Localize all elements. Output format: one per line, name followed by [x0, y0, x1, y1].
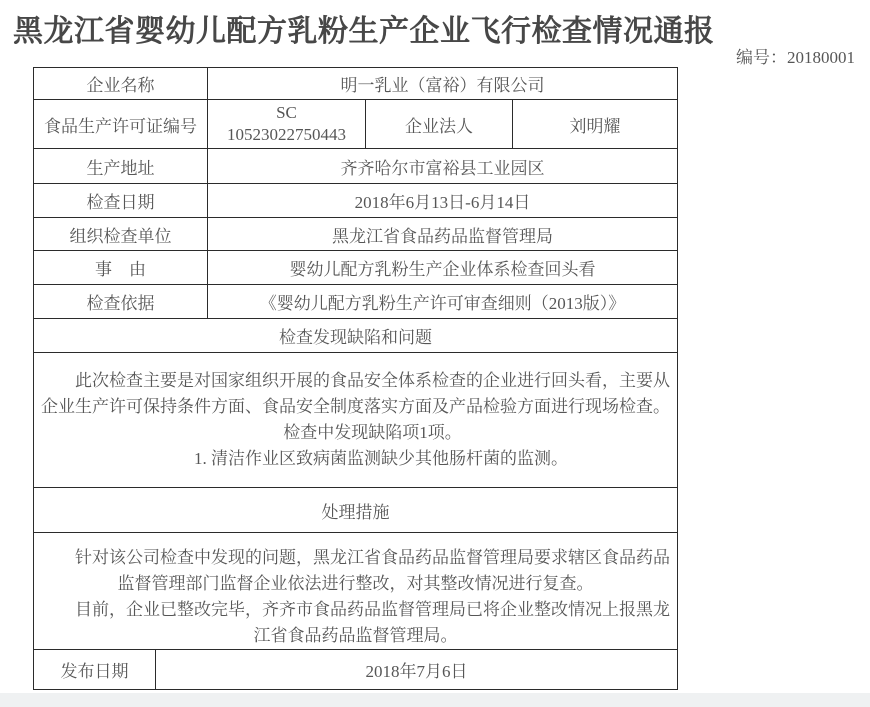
defects-paragraph-1: 此次检查主要是对国家组织开展的食品安全体系检查的企业进行回头看，主要从企业生产许… — [34, 368, 677, 420]
row-legal-person-value: 刘明耀 — [513, 100, 678, 149]
row-company: 企业名称 明一乳业（富裕）有限公司 — [34, 68, 678, 100]
row-measures-header: 处理措施 — [34, 488, 678, 533]
row-address-label: 生产地址 — [34, 149, 208, 184]
row-publish-date-label: 发布日期 — [34, 650, 156, 690]
row-basis-value: 《婴幼儿配方乳粉生产许可审查细则（2013版）》 — [208, 285, 678, 319]
row-basis-label: 检查依据 — [34, 285, 208, 319]
measures-section-body: 针对该公司检查中发现的问题，黑龙江省食品药品监督管理局要求辖区食品药品监督管理部… — [34, 533, 678, 650]
doc-number: 编号：20180001 — [736, 43, 855, 68]
row-legal-person-label: 企业法人 — [366, 100, 513, 149]
row-reason-value: 婴幼儿配方乳粉生产企业体系检查回头看 — [208, 251, 678, 285]
page-title: 黑龙江省婴幼儿配方乳粉生产企业飞行检查情况通报 — [13, 6, 715, 50]
row-inspection-date: 检查日期 2018年6月13日-6月14日 — [34, 184, 678, 218]
row-address: 生产地址 齐齐哈尔市富裕县工业园区 — [34, 149, 678, 184]
inspection-notice-table: 企业名称 明一乳业（富裕）有限公司 食品生产许可证编号 SC 105230227… — [33, 67, 678, 690]
row-measures-body: 针对该公司检查中发现的问题，黑龙江省食品药品监督管理局要求辖区食品药品监督管理部… — [34, 533, 678, 650]
defects-section-body: 此次检查主要是对国家组织开展的食品安全体系检查的企业进行回头看，主要从企业生产许… — [34, 353, 678, 488]
row-address-value: 齐齐哈尔市富裕县工业园区 — [208, 149, 678, 184]
defects-item-1: 1. 清洁作业区致病菌监测缺少其他肠杆菌的监测。 — [34, 446, 677, 472]
license-code-line2: 10523022750443 — [208, 124, 365, 146]
row-organizer-label: 组织检查单位 — [34, 218, 208, 251]
row-defects-header: 检查发现缺陷和问题 — [34, 319, 678, 353]
row-basis: 检查依据 《婴幼儿配方乳粉生产许可审查细则（2013版）》 — [34, 285, 678, 319]
page-bottom-strip — [0, 693, 870, 707]
row-inspection-date-label: 检查日期 — [34, 184, 208, 218]
row-company-label: 企业名称 — [34, 68, 208, 100]
defects-paragraph-2: 检查中发现缺陷项1项。 — [34, 420, 677, 446]
license-code-line1: SC — [208, 102, 365, 124]
row-organizer: 组织检查单位 黑龙江省食品药品监督管理局 — [34, 218, 678, 251]
row-organizer-value: 黑龙江省食品药品监督管理局 — [208, 218, 678, 251]
doc-number-value: 20180001 — [787, 48, 855, 67]
row-company-value: 明一乳业（富裕）有限公司 — [208, 68, 678, 100]
measures-paragraph-1: 针对该公司检查中发现的问题，黑龙江省食品药品监督管理局要求辖区食品药品监督管理部… — [34, 545, 677, 597]
row-inspection-date-value: 2018年6月13日-6月14日 — [208, 184, 678, 218]
defects-section-header: 检查发现缺陷和问题 — [34, 319, 678, 353]
row-reason-label: 事 由 — [34, 251, 208, 285]
measures-paragraph-2: 目前，企业已整改完毕，齐齐市食品药品监督管理局已将企业整改情况上报黑龙江省食品药… — [34, 597, 677, 649]
row-publish-date-value: 2018年7月6日 — [156, 650, 678, 690]
row-license-code: SC 10523022750443 — [208, 100, 366, 149]
doc-number-label: 编号： — [736, 48, 787, 67]
measures-section-header: 处理措施 — [34, 488, 678, 533]
row-publish-date: 发布日期 2018年7月6日 — [34, 650, 678, 690]
row-license: 食品生产许可证编号 SC 10523022750443 企业法人 刘明耀 — [34, 100, 678, 149]
row-license-label: 食品生产许可证编号 — [34, 100, 208, 149]
row-defects-body: 此次检查主要是对国家组织开展的食品安全体系检查的企业进行回头看，主要从企业生产许… — [34, 353, 678, 488]
row-reason: 事 由 婴幼儿配方乳粉生产企业体系检查回头看 — [34, 251, 678, 285]
